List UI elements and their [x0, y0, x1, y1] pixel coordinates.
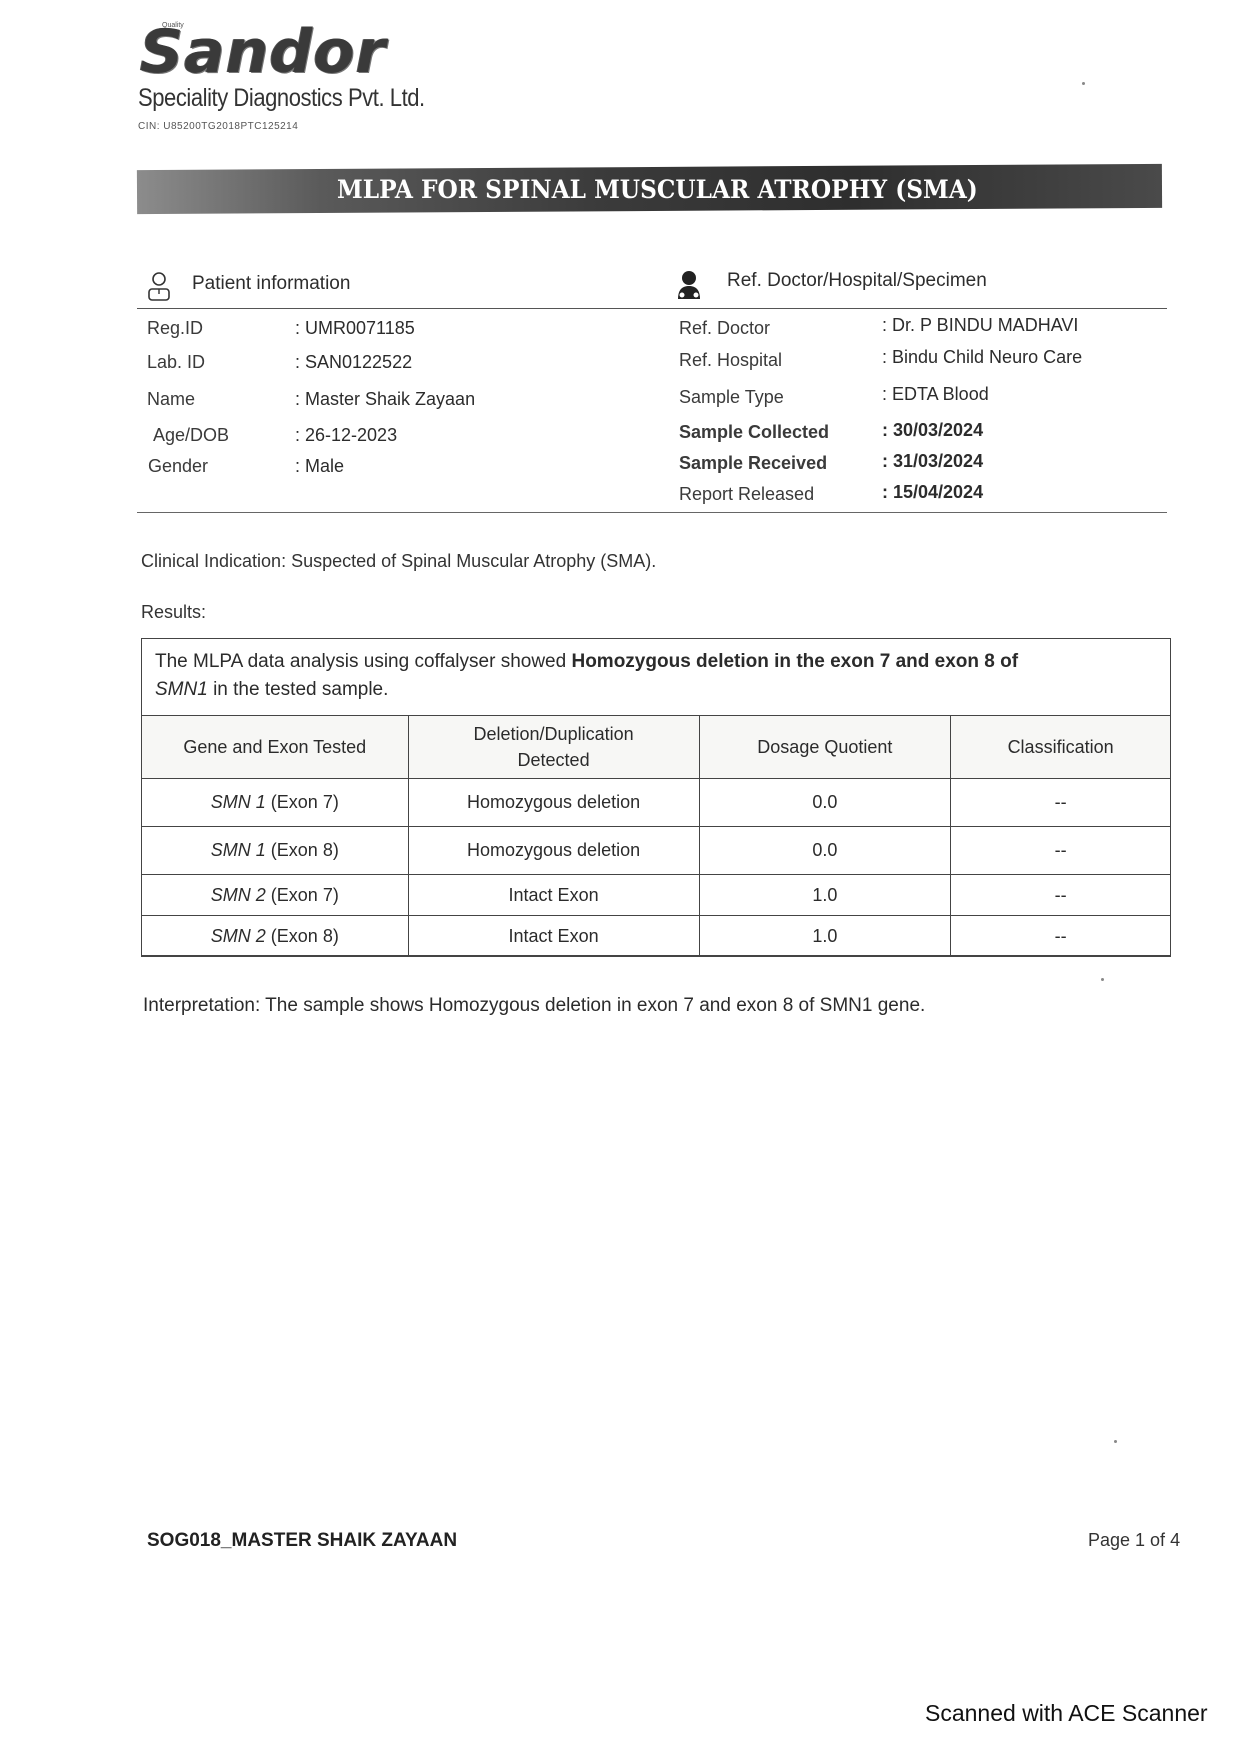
gene-cell: SMN 1 (Exon 8) [142, 827, 409, 875]
name-value: : Master Shaik Zayaan [295, 389, 475, 410]
report-title: MLPA FOR SPINAL MUSCULAR ATROPHY (SMA) [337, 175, 978, 204]
table-header-row: Gene and Exon Tested Deletion/Duplicatio… [142, 716, 1171, 779]
scanner-watermark: Scanned with ACE Scanner [925, 1700, 1208, 1727]
sample-type-value: : EDTA Blood [882, 384, 989, 405]
reg-id-value: : UMR0071185 [295, 318, 415, 339]
person-outline-icon [147, 272, 171, 302]
age-dob-value: : 26-12-2023 [295, 425, 397, 446]
ref-hospital-value: : Bindu Child Neuro Care [882, 347, 1082, 368]
col-gene-exon: Gene and Exon Tested [142, 716, 409, 779]
ref-doctor-label: Ref. Doctor [679, 318, 770, 339]
sample-collected-value: : 30/03/2024 [882, 420, 983, 441]
col-classification: Classification [951, 716, 1171, 779]
summary-gene: SMN1 [155, 679, 208, 700]
col-deletion-duplication: Deletion/Duplication Detected [408, 716, 699, 779]
table-row: SMN 2 (Exon 8) Intact Exon 1.0 -- [142, 916, 1171, 957]
scan-speck [1101, 978, 1104, 981]
interpretation: Interpretation: The sample shows Homozyg… [143, 995, 925, 1017]
summary-bold-text: Homozygous deletion in the exon 7 and ex… [571, 651, 1018, 672]
dq-cell: 1.0 [699, 875, 951, 916]
classification-cell: -- [951, 916, 1171, 957]
classification-cell: -- [951, 875, 1171, 916]
classification-cell: -- [951, 827, 1171, 875]
detected-cell: Homozygous deletion [408, 827, 699, 875]
header-divider [137, 308, 1167, 309]
sample-collected-label: Sample Collected [679, 422, 829, 443]
dq-cell: 0.0 [699, 827, 951, 875]
summary-text: The MLPA data analysis using coffalyser … [155, 651, 571, 672]
dq-cell: 1.0 [699, 916, 951, 957]
results-heading: Results: [141, 602, 206, 623]
table-row: SMN 2 (Exon 7) Intact Exon 1.0 -- [142, 875, 1171, 916]
company-cin: CIN: U85200TG2018PTC125214 [138, 121, 298, 132]
footer-patient-code: SOG018_MASTER SHAIK ZAYAAN [147, 1530, 457, 1552]
gene-cell: SMN 1 (Exon 7) [142, 779, 409, 827]
gender-value: : Male [295, 456, 344, 477]
table-row: SMN 1 (Exon 7) Homozygous deletion 0.0 -… [142, 779, 1171, 827]
sample-received-label: Sample Received [679, 453, 827, 474]
sample-received-value: : 31/03/2024 [882, 451, 983, 472]
detected-cell: Intact Exon [408, 875, 699, 916]
doctor-info-heading: Ref. Doctor/Hospital/Specimen [727, 270, 987, 292]
age-dob-label: Age/DOB [153, 425, 229, 446]
ref-hospital-label: Ref. Hospital [679, 350, 782, 371]
sample-type-label: Sample Type [679, 387, 784, 408]
dq-cell: 0.0 [699, 779, 951, 827]
doctor-stethoscope-icon [675, 270, 703, 300]
clinical-indication-label: Clinical Indication: [141, 551, 286, 571]
ref-doctor-value: : Dr. P BINDU MADHAVI [882, 315, 1078, 336]
col-dosage-quotient: Dosage Quotient [699, 716, 951, 779]
company-name: Speciality Diagnostics Pvt. Ltd. [138, 84, 425, 113]
lab-id-label: Lab. ID [147, 352, 205, 373]
detected-cell: Homozygous deletion [408, 779, 699, 827]
report-released-label: Report Released [679, 484, 814, 505]
name-label: Name [147, 389, 195, 410]
reg-id-label: Reg.ID [147, 318, 203, 339]
summary-suffix: in the tested sample. [208, 679, 389, 700]
results-table: Gene and Exon Tested Deletion/Duplicatio… [141, 715, 1171, 957]
detected-cell: Intact Exon [408, 916, 699, 957]
clinical-indication-text: Suspected of Spinal Muscular Atrophy (SM… [286, 551, 656, 571]
scan-speck [1114, 1440, 1117, 1443]
report-released-value: : 15/04/2024 [882, 482, 983, 503]
lab-id-value: : SAN0122522 [295, 352, 412, 373]
scan-speck [1082, 82, 1085, 85]
results-summary: The MLPA data analysis using coffalyser … [155, 648, 1155, 704]
info-bottom-divider [137, 512, 1167, 513]
company-logo: Sandor [140, 22, 386, 82]
clinical-indication: Clinical Indication: Suspected of Spinal… [141, 551, 656, 572]
table-row: SMN 1 (Exon 8) Homozygous deletion 0.0 -… [142, 827, 1171, 875]
page-number: Page 1 of 4 [1088, 1530, 1180, 1551]
gender-label: Gender [148, 456, 208, 477]
classification-cell: -- [951, 779, 1171, 827]
gene-cell: SMN 2 (Exon 7) [142, 875, 409, 916]
gene-cell: SMN 2 (Exon 8) [142, 916, 409, 957]
patient-info-heading: Patient information [192, 273, 350, 295]
